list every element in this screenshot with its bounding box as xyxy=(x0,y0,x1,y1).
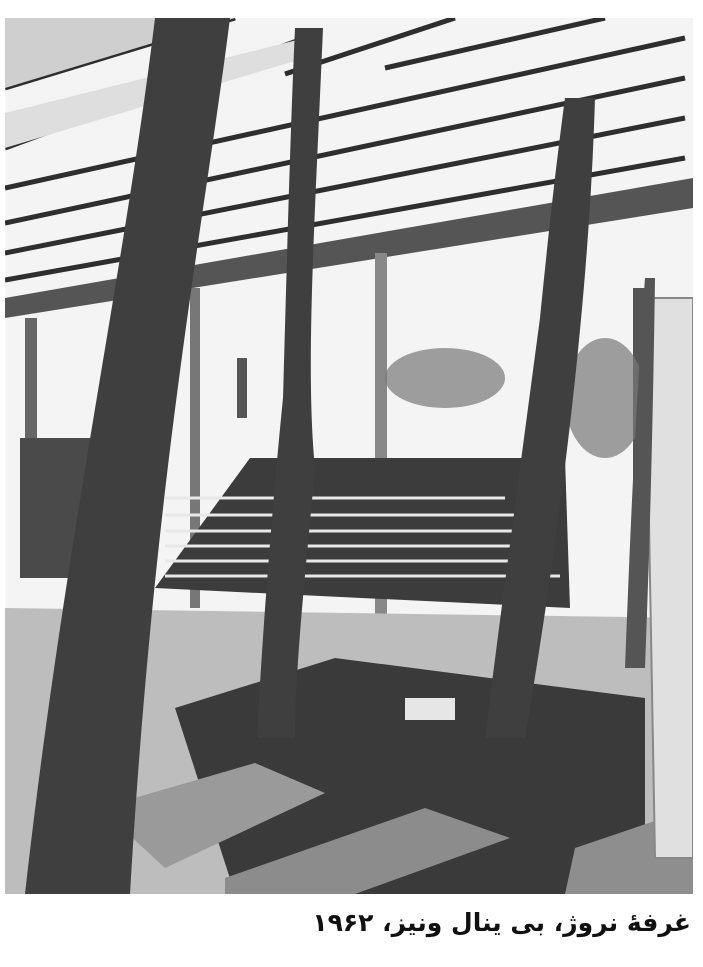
pavilion-photo xyxy=(5,18,693,894)
photo-drawing xyxy=(5,18,693,894)
photo-caption: غرفهٔ نروژ، بی ینال ونیز، ۱۹۶۲ xyxy=(312,908,691,937)
